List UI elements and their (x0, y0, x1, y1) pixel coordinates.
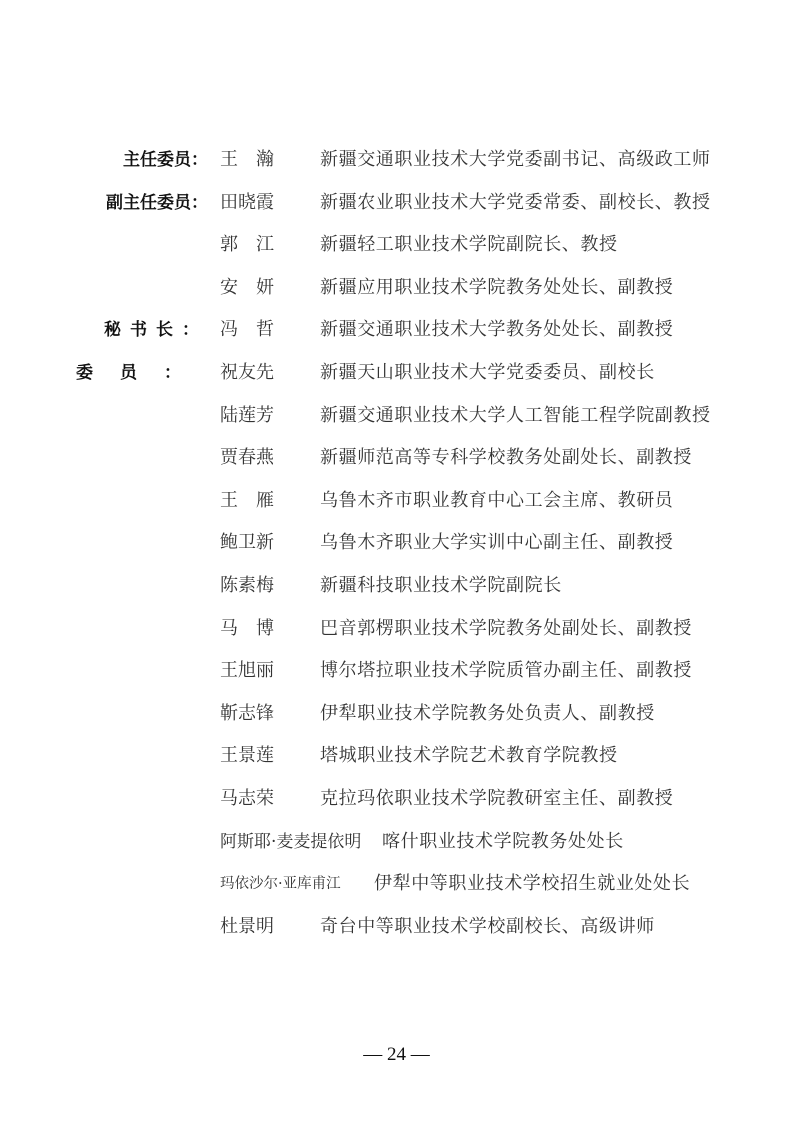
member-name: 靳志锋 (220, 693, 274, 736)
member-title: 新疆师范高等专科学校教务处副处长、副教授 (320, 437, 692, 480)
member-title: 奇台中等职业技术学校副校长、高级讲师 (320, 906, 655, 949)
roster-row: 靳志锋 伊犁职业技术学院教务处负责人、副教授 (0, 693, 793, 736)
roster-row: 马志荣 克拉玛依职业技术学院教研室主任、副教授 (0, 778, 793, 821)
member-name: 鲍卫新 (220, 522, 274, 565)
roster-row: 玛依沙尔·亚库甫江 伊犁中等职业技术学校招生就业处处长 (0, 863, 793, 906)
member-name: 郭 江 (220, 224, 274, 267)
member-name: 田晓霞 (220, 182, 274, 225)
member-title: 新疆农业职业技术大学党委常委、副校长、教授 (320, 182, 711, 225)
roster-row: 郭 江 新疆轻工职业技术学院副院长、教授 (0, 224, 793, 267)
member-name: 王 雁 (220, 480, 274, 523)
member-name: 王旭丽 (220, 650, 274, 693)
member-title: 新疆应用职业技术学院教务处处长、副教授 (320, 267, 673, 310)
member-name: 马志荣 (220, 778, 274, 821)
member-name: 贾春燕 (220, 437, 274, 480)
member-name: 冯 哲 (220, 309, 274, 352)
roster-row-director: 主任委员： 王 瀚 新疆交通职业技术大学党委副书记、高级政工师 (0, 139, 793, 182)
member-name: 马 博 (220, 608, 274, 651)
roster-row-members: 委员： 祝友先 新疆天山职业技术大学党委委员、副校长 (0, 352, 793, 395)
member-name: 祝友先 (220, 352, 274, 395)
member-name: 玛依沙尔·亚库甫江 (220, 863, 341, 906)
page-number: — 24 — (0, 1044, 793, 1066)
roster-row: 王景莲 塔城职业技术学院艺术教育学院教授 (0, 735, 793, 778)
roster-row: 安 妍 新疆应用职业技术学院教务处处长、副教授 (0, 267, 793, 310)
member-title: 新疆科技职业技术学院副院长 (320, 565, 562, 608)
member-title: 乌鲁木齐市职业教育中心工会主席、教研员 (320, 480, 673, 523)
committee-roster: 主任委员： 王 瀚 新疆交通职业技术大学党委副书记、高级政工师 副主任委员： 田… (0, 139, 793, 948)
member-name: 陈素梅 (220, 565, 274, 608)
roster-row: 杜景明 奇台中等职业技术学校副校长、高级讲师 (0, 906, 793, 949)
member-name: 王景莲 (220, 735, 274, 778)
member-title: 伊犁职业技术学院教务处负责人、副教授 (320, 693, 655, 736)
member-name: 陆莲芳 (220, 395, 274, 438)
roster-row-secretary-general: 秘书长： 冯 哲 新疆交通职业技术大学教务处处长、副教授 (0, 309, 793, 352)
role-label: 主任委员： (123, 139, 208, 182)
role-label: 委员： (76, 352, 208, 395)
role-label: 秘书长： (104, 309, 208, 352)
member-title: 乌鲁木齐职业大学实训中心副主任、副教授 (320, 522, 673, 565)
member-name: 王 瀚 (220, 139, 274, 182)
member-title: 塔城职业技术学院艺术教育学院教授 (320, 735, 618, 778)
member-title: 克拉玛依职业技术学院教研室主任、副教授 (320, 778, 673, 821)
member-title: 喀什职业技术学院教务处处长 (382, 821, 624, 864)
member-name: 阿斯耶·麦麦提依明 (220, 821, 361, 864)
member-title: 新疆交通职业技术大学教务处处长、副教授 (320, 309, 673, 352)
roster-row: 陆莲芳 新疆交通职业技术大学人工智能工程学院副教授 (0, 395, 793, 438)
member-title: 新疆交通职业技术大学人工智能工程学院副教授 (320, 395, 711, 438)
member-title: 新疆交通职业技术大学党委副书记、高级政工师 (320, 139, 711, 182)
roster-row: 鲍卫新 乌鲁木齐职业大学实训中心副主任、副教授 (0, 522, 793, 565)
roster-row: 王旭丽 博尔塔拉职业技术学院质管办副主任、副教授 (0, 650, 793, 693)
roster-row: 阿斯耶·麦麦提依明 喀什职业技术学院教务处处长 (0, 821, 793, 864)
roster-row: 王 雁 乌鲁木齐市职业教育中心工会主席、教研员 (0, 480, 793, 523)
member-name: 安 妍 (220, 267, 274, 310)
member-title: 新疆轻工职业技术学院副院长、教授 (320, 224, 618, 267)
member-title: 新疆天山职业技术大学党委委员、副校长 (320, 352, 655, 395)
roster-row: 贾春燕 新疆师范高等专科学校教务处副处长、副教授 (0, 437, 793, 480)
role-label: 副主任委员： (106, 182, 208, 225)
member-name: 杜景明 (220, 906, 274, 949)
roster-row: 陈素梅 新疆科技职业技术学院副院长 (0, 565, 793, 608)
member-title: 巴音郭楞职业技术学院教务处副处长、副教授 (320, 608, 692, 651)
roster-row-deputy-director: 副主任委员： 田晓霞 新疆农业职业技术大学党委常委、副校长、教授 (0, 182, 793, 225)
roster-row: 马 博 巴音郭楞职业技术学院教务处副处长、副教授 (0, 608, 793, 651)
member-title: 伊犁中等职业技术学校招生就业处处长 (374, 863, 690, 906)
member-title: 博尔塔拉职业技术学院质管办副主任、副教授 (320, 650, 692, 693)
